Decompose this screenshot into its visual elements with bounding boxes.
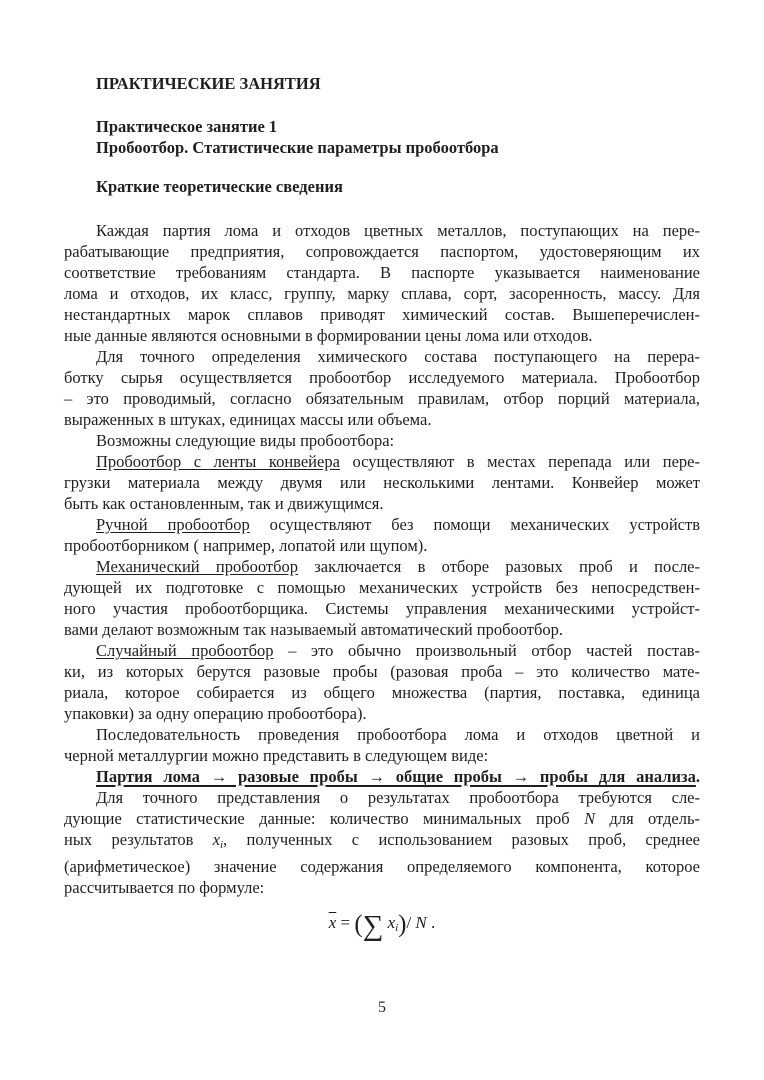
- text-line: рабатывающие предприятия, сопровождается…: [64, 241, 700, 262]
- text-line: ПРАКТИЧЕСКИЕ ЗАНЯТИЯ: [64, 73, 700, 94]
- text-line: пробоотборником ( например, лопатой или …: [64, 535, 700, 556]
- paragraph-statistics: Для точного представления о результатах …: [64, 787, 700, 898]
- text-line: Последовательность проведения пробоотбор…: [64, 724, 700, 745]
- paragraph-conveyor: Пробоотбор с ленты конвейера осуществляю…: [64, 451, 700, 514]
- text-line: ные данные являются основными в формиров…: [64, 325, 700, 346]
- paragraph-types-intro: Возможны следующие виды пробоотбора:: [64, 430, 700, 451]
- text-line: ботку сырья осуществляется пробоотбор ис…: [64, 367, 700, 388]
- text-line: дующей их подготовке с помощью механичес…: [64, 577, 700, 598]
- text-line: Партия лома → разовые пробы → общие проб…: [64, 766, 700, 787]
- paragraph-passport: Каждая партия лома и отходов цветных мет…: [64, 220, 700, 346]
- text-line: Для точного представления о результатах …: [64, 787, 700, 808]
- paragraph-definition: Для точного определения химического сост…: [64, 346, 700, 430]
- document-page: ПРАКТИЧЕСКИЕ ЗАНЯТИЯПрактическое занятие…: [0, 0, 764, 1080]
- lesson-title: Практическое занятие 1Пробоотбор. Статис…: [64, 116, 700, 158]
- text-line: Практическое занятие 1: [64, 116, 700, 137]
- text-line: (арифметическое) значение содержания опр…: [64, 856, 700, 877]
- page-number: 5: [64, 999, 700, 1017]
- text-line: рассчитывается по формуле:: [64, 877, 700, 898]
- text-line: риала, которое собирается из общего множ…: [64, 682, 700, 703]
- section-heading: Краткие теоретические сведения: [64, 176, 700, 197]
- text-line: ки, из которых берутся разовые пробы (ра…: [64, 661, 700, 682]
- text-line: Краткие теоретические сведения: [64, 176, 700, 197]
- paragraph-sequence-intro: Последовательность проведения пробоотбор…: [64, 724, 700, 766]
- text-line: ного участия пробоотборщика. Системы упр…: [64, 598, 700, 619]
- paragraph-random: Случайный пробоотбор – это обычно произв…: [64, 640, 700, 724]
- text-line: Случайный пробоотбор – это обычно произв…: [64, 640, 700, 661]
- text-line: Для точного определения химического сост…: [64, 346, 700, 367]
- text-line: Каждая партия лома и отходов цветных мет…: [64, 220, 700, 241]
- text-line: соответствие требованиям стандарта. В па…: [64, 262, 700, 283]
- text-line: x = (∑ xi)/ N .: [64, 904, 700, 948]
- chapter-title: ПРАКТИЧЕСКИЕ ЗАНЯТИЯ: [64, 73, 700, 94]
- text-line: быть как остановленным, так и движущимся…: [64, 493, 700, 514]
- text-line: лома и отходов, их класс, группу, марку …: [64, 283, 700, 304]
- paragraph-mechanical: Механический пробоотбор заключается в от…: [64, 556, 700, 640]
- sampling-sequence: Партия лома → разовые пробы → общие проб…: [64, 766, 700, 787]
- text-line: нестандартных марок сплавов приводят хим…: [64, 304, 700, 325]
- mean-formula: x = (∑ xi)/ N .: [64, 904, 700, 948]
- text-line: Возможны следующие виды пробоотбора:: [64, 430, 700, 451]
- text-line: грузки материала между двумя или несколь…: [64, 472, 700, 493]
- text-line: выраженных в штуках, единицах массы или …: [64, 409, 700, 430]
- text-line: Механический пробоотбор заключается в от…: [64, 556, 700, 577]
- text-line: упаковки) за одну операцию пробоотбора).: [64, 703, 700, 724]
- text-line: дующие статистические данные: количество…: [64, 808, 700, 829]
- paragraph-manual: Ручной пробоотбор осуществляют без помощ…: [64, 514, 700, 556]
- text-line: Пробоотбор с ленты конвейера осуществляю…: [64, 451, 700, 472]
- text-line: Ручной пробоотбор осуществляют без помощ…: [64, 514, 700, 535]
- text-line: Пробоотбор. Статистические параметры про…: [64, 137, 700, 158]
- text-line: ных результатов xi, полученных с использ…: [64, 829, 700, 856]
- document-body: ПРАКТИЧЕСКИЕ ЗАНЯТИЯПрактическое занятие…: [64, 73, 700, 948]
- text-line: черной металлургии можно представить в с…: [64, 745, 700, 766]
- text-line: – это проводимый, согласно обязательным …: [64, 388, 700, 409]
- text-line: вами делают возможным так называемый авт…: [64, 619, 700, 640]
